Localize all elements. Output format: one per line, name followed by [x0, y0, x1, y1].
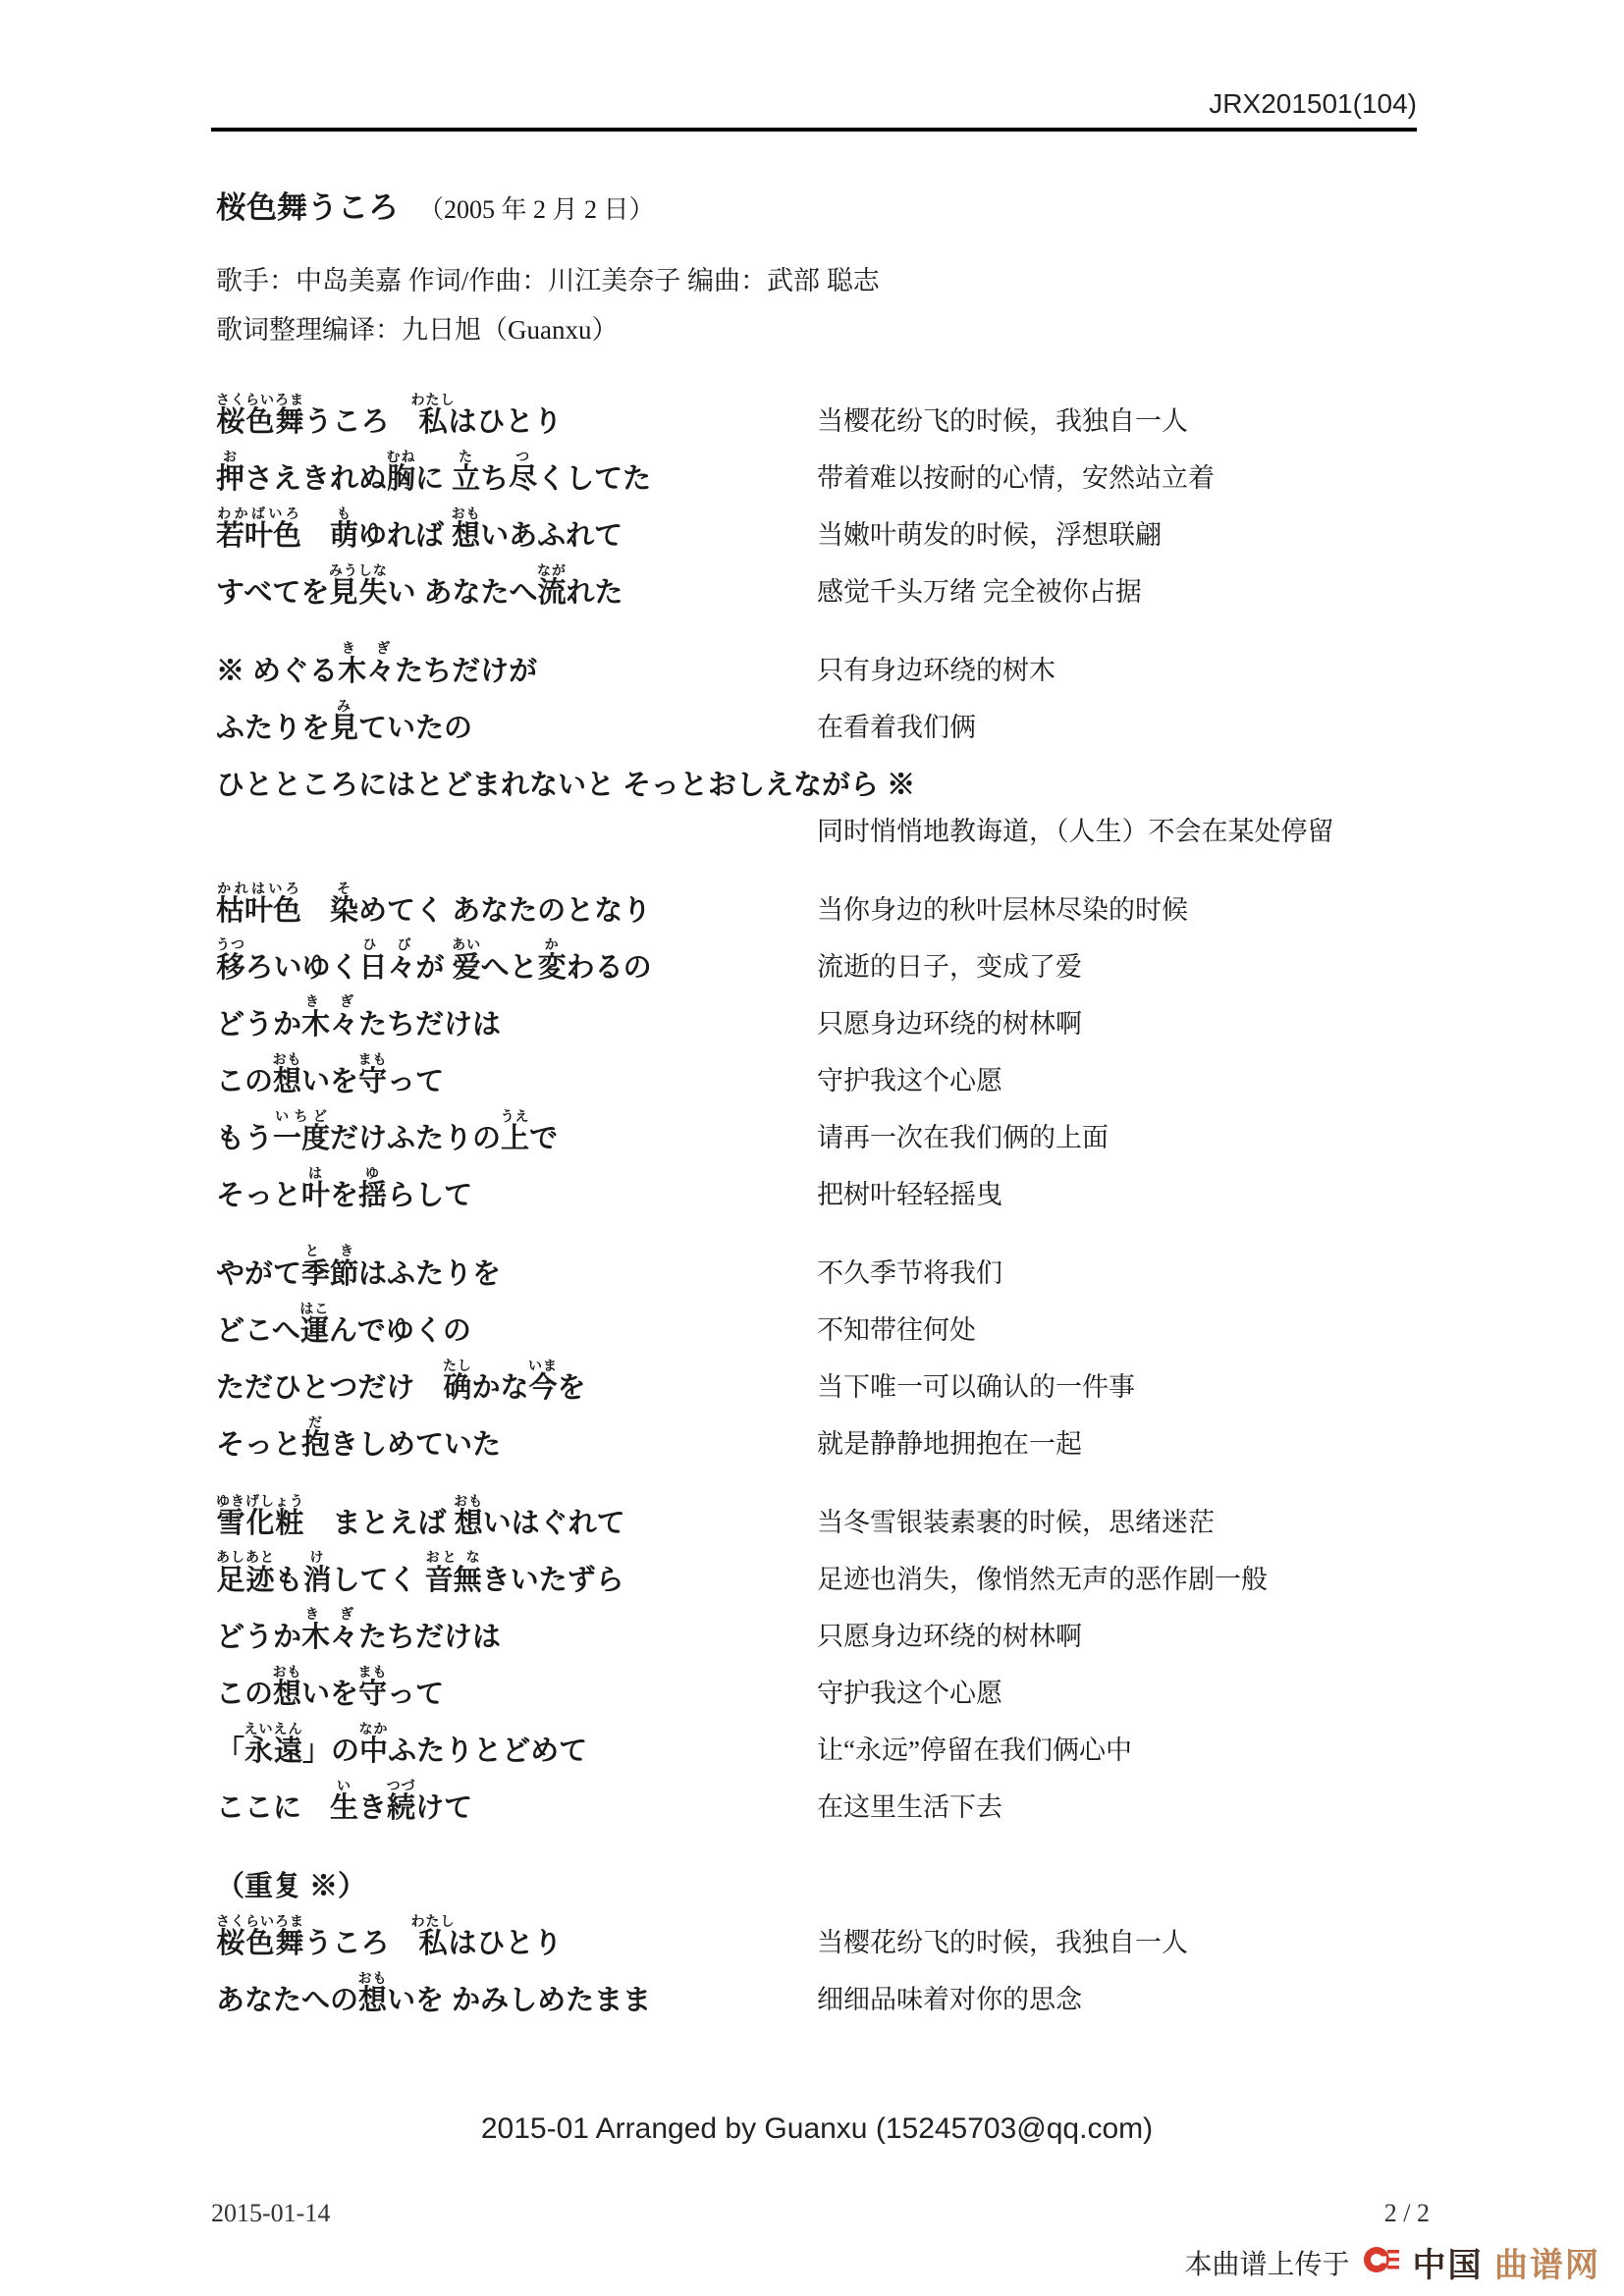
content: 桜色舞うころ（2005 年 2 月 2 日） 歌手：中岛美嘉 作词/作曲：川江美…: [216, 183, 1428, 2015]
title-row: 桜色舞うころ（2005 年 2 月 2 日）: [216, 183, 1428, 227]
chinese-translation: 守护我这个心愿: [817, 1679, 1002, 1709]
music-disc-icon: [1362, 2240, 1401, 2284]
lyric-line: 足迹あしあとも消けしてく 音無おと なきいたずら足迹也消失，像悄然无声的恶作剧一…: [216, 1538, 1428, 1595]
page-number: 2 / 2: [1384, 2199, 1430, 2228]
chinese-translation: 把树叶轻轻摇曳: [817, 1180, 1002, 1210]
japanese-lyric: 押おさえきれぬ胸むねに 立たち尽つくしてた: [216, 449, 817, 494]
chinese-translation: 只有身边环绕的树木: [817, 656, 1056, 686]
lyric-line: 枯叶色かれはいろ 染そめてく あなたのとなり当你身边的秋叶层林尽染的时候: [216, 869, 1428, 926]
chinese-translation: 不久季节将我们: [817, 1258, 1002, 1289]
arranged-by-note: 2015-01 Arranged by Guanxu (15245703@qq.…: [216, 2112, 1418, 2146]
chinese-translation: 不知带往何处: [817, 1315, 976, 1346]
lyric-line: あなたへの想おもいを かみしめたまま细细品味着对你的思念: [216, 1958, 1428, 2015]
chinese-translation: 当樱花纷飞的时候，我独自一人: [817, 406, 1188, 437]
chinese-translation: 带着难以按耐的心情，安然站立着: [817, 463, 1215, 494]
japanese-lyric: ※ めぐる木々き ぎたちだけが: [216, 640, 817, 686]
lyric-line: ※ めぐる木々き ぎたちだけが只有身边环绕的树木: [216, 629, 1428, 686]
lyric-line: 若叶色わかばいろ 萌もゆれば 想おもいあふれて当嫩叶萌发的时候，浮想联翩: [216, 494, 1428, 551]
japanese-lyric: 若叶色わかばいろ 萌もゆれば 想おもいあふれて: [216, 506, 817, 551]
japanese-lyric: どこへ運はこんでゆくの: [216, 1301, 817, 1346]
header-rule: [211, 128, 1417, 132]
japanese-lyric: この想おもいを守まもって: [216, 1051, 817, 1096]
site-logo-row: 本曲谱上传于 中国 曲谱网: [1185, 2238, 1600, 2286]
site-name-part1: 中国: [1413, 2247, 1484, 2284]
lyric-line: すべてを見失みうしない あなたへ流ながれた感觉千头万绪 完全被你占据: [216, 551, 1428, 608]
lyric-line: この想おもいを守まもって守护我这个心愿: [216, 1040, 1428, 1096]
credits-line-translator: 歌词整理编译：九日旭（Guanxu）: [216, 305, 1428, 354]
lyric-line: ただひとつだけ 确たしかな今いまを当下唯一可以确认的一件事: [216, 1346, 1428, 1403]
chinese-translation: 足迹也消失，像悄然无声的恶作剧一般: [817, 1565, 1268, 1595]
japanese-lyric: 雪化粧ゆきげしょう まとえば 想おもいはぐれて: [216, 1493, 817, 1538]
japanese-lyric: どうか木々き ぎたちだけは: [216, 1606, 817, 1652]
japanese-lyric: ふたりを見みていたの: [216, 698, 817, 743]
chinese-translation: 让“永远”停留在我们俩心中: [817, 1735, 1132, 1766]
lyric-line: どうか木々き ぎたちだけは只愿身边环绕的树林啊: [216, 983, 1428, 1040]
lyric-line: 同时悄悄地教诲道，（人生）不会在某处停留: [216, 800, 1428, 847]
lyric-line: やがて季節と きはふたりを不久季节将我们: [216, 1232, 1428, 1289]
lyric-line: この想おもいを守まもって守护我这个心愿: [216, 1652, 1428, 1709]
japanese-lyric: 桜色舞さくらいろまうころ 私わたしはひとり: [216, 392, 817, 437]
japanese-lyric: すべてを見失みうしない あなたへ流ながれた: [216, 562, 817, 608]
chinese-translation: 请再一次在我们俩的上面: [817, 1123, 1109, 1153]
lyric-line: そっと抱だきしめていた就是静静地拥抱在一起: [216, 1403, 1428, 1460]
lyric-line: もう一度いちどだけふたりの上うえで请再一次在我们俩的上面: [216, 1096, 1428, 1153]
chinese-translation: 当嫩叶萌发的时候，浮想联翩: [817, 520, 1162, 551]
credits: 歌手：中岛美嘉 作词/作曲：川江美奈子 编曲：武部 聪志 歌词整理编译：九日旭（…: [216, 256, 1428, 354]
japanese-lyric: （重复 ※）: [216, 1872, 817, 1901]
japanese-lyric: 枯叶色かれはいろ 染そめてく あなたのとなり: [216, 881, 817, 926]
lyrics-section: ※ めぐる木々き ぎたちだけが只有身边环绕的树木ふたりを見みていたの在看着我们俩…: [216, 629, 1428, 847]
chinese-translation: 当下唯一可以确认的一件事: [817, 1372, 1135, 1403]
upload-note: 本曲谱上传于: [1185, 2243, 1350, 2282]
japanese-lyric: ただひとつだけ 确たしかな今いまを: [216, 1358, 817, 1403]
japanese-lyric: ひとところにはとどまれないと そっとおしえながら ※: [216, 771, 817, 800]
lyrics-section: 雪化粧ゆきげしょう まとえば 想おもいはぐれて当冬雪银装素裹的时候，思绪迷茫足迹…: [216, 1481, 1428, 1823]
lyric-line: そっと叶はを揺ゆらして把树叶轻轻摇曳: [216, 1153, 1428, 1210]
chinese-translation: 只愿身边环绕的树林啊: [817, 1622, 1082, 1652]
chinese-translation: 当冬雪银装素裹的时候，思绪迷茫: [817, 1508, 1215, 1538]
japanese-lyric: どうか木々き ぎたちだけは: [216, 993, 817, 1040]
lyric-line: 桜色舞さくらいろまうころ 私わたしはひとり当樱花纷飞的时候，我独自一人: [216, 380, 1428, 437]
japanese-lyric: そっと抱だきしめていた: [216, 1415, 817, 1460]
lyric-line: 雪化粧ゆきげしょう まとえば 想おもいはぐれて当冬雪银装素裹的时候，思绪迷茫: [216, 1481, 1428, 1538]
japanese-lyric: あなたへの想おもいを かみしめたまま: [216, 1970, 817, 2015]
lyric-line: （重复 ※）: [216, 1844, 1428, 1901]
lyrics-section: 桜色舞さくらいろまうころ 私わたしはひとり当樱花纷飞的时候，我独自一人押おさえき…: [216, 380, 1428, 608]
lyrics: 桜色舞さくらいろまうころ 私わたしはひとり当樱花纷飞的时候，我独自一人押おさえき…: [216, 380, 1428, 2015]
lyric-line: 桜色舞さくらいろまうころ 私わたしはひとり当樱花纷飞的时候，我独自一人: [216, 1901, 1428, 1958]
credits-line-artists: 歌手：中岛美嘉 作词/作曲：川江美奈子 编曲：武部 聪志: [216, 256, 1428, 305]
japanese-lyric: そっと叶はを揺ゆらして: [216, 1165, 817, 1210]
page-footer: 2015-01-14 2 / 2: [211, 2199, 1430, 2228]
song-title: 桜色舞うころ: [216, 190, 399, 225]
lyrics-section: 枯叶色かれはいろ 染そめてく あなたのとなり当你身边的秋叶层林尽染的时候移うつろ…: [216, 869, 1428, 1210]
japanese-lyric: もう一度いちどだけふたりの上うえで: [216, 1108, 817, 1153]
chinese-translation: 当你身边的秋叶层林尽染的时候: [817, 895, 1188, 926]
chinese-translation: 在这里生活下去: [817, 1792, 1002, 1823]
chinese-translation: 只愿身边环绕的树林啊: [817, 1009, 1082, 1040]
japanese-lyric: この想おもいを守まもって: [216, 1664, 817, 1709]
lyric-line: ここに 生いき続つづけて在这里生活下去: [216, 1766, 1428, 1823]
japanese-lyric: 桜色舞さくらいろまうころ 私わたしはひとり: [216, 1913, 817, 1958]
lyric-line: どこへ運はこんでゆくの不知带往何处: [216, 1289, 1428, 1346]
lyrics-sheet-page: JRX201501(104) 桜色舞うころ（2005 年 2 月 2 日） 歌手…: [0, 0, 1624, 2296]
chinese-translation: 同时悄悄地教诲道，（人生）不会在某处停留: [817, 817, 1334, 847]
lyric-line: 移うつろいゆく日々ひ びが 爱あいへと変かわるの流逝的日子，变成了爱: [216, 926, 1428, 983]
lyric-line: ふたりを見みていたの在看着我们俩: [216, 686, 1428, 743]
japanese-lyric: 移うつろいゆく日々ひ びが 爱あいへと変かわるの: [216, 936, 817, 983]
japanese-lyric: 足迹あしあとも消けしてく 音無おと なきいたずら: [216, 1549, 817, 1595]
lyrics-section: （重复 ※）桜色舞さくらいろまうころ 私わたしはひとり当樱花纷飞的时候，我独自一…: [216, 1844, 1428, 2015]
japanese-lyric: 「永遠えいえん」の中なかふたりとどめて: [216, 1721, 817, 1766]
lyric-line: 「永遠えいえん」の中なかふたりとどめて让“永远”停留在我们俩心中: [216, 1709, 1428, 1766]
site-name: 中国 曲谱网: [1413, 2238, 1600, 2286]
japanese-lyric: ここに 生いき続つづけて: [216, 1778, 817, 1823]
lyric-line: 押おさえきれぬ胸むねに 立たち尽つくしてた带着难以按耐的心情，安然站立着: [216, 437, 1428, 494]
site-name-part2: 曲谱网: [1494, 2247, 1600, 2284]
doc-code: JRX201501(104): [211, 88, 1417, 120]
chinese-translation: 在看着我们俩: [817, 713, 976, 743]
lyric-line: どうか木々き ぎたちだけは只愿身边环绕的树林啊: [216, 1595, 1428, 1652]
footer-date: 2015-01-14: [211, 2199, 330, 2228]
chinese-translation: 就是静静地拥抱在一起: [817, 1429, 1082, 1460]
lyrics-section: やがて季節と きはふたりを不久季节将我们どこへ運はこんでゆくの不知带往何处ただひ…: [216, 1232, 1428, 1460]
chinese-translation: 守护我这个心愿: [817, 1066, 1002, 1096]
japanese-lyric: やがて季節と きはふたりを: [216, 1243, 817, 1289]
chinese-translation: 感觉千头万绪 完全被你占据: [817, 577, 1142, 608]
chinese-translation: 流逝的日子，变成了爱: [817, 952, 1082, 983]
song-date: （2005 年 2 月 2 日）: [418, 195, 655, 224]
chinese-translation: 当樱花纷飞的时候，我独自一人: [817, 1928, 1188, 1958]
chinese-translation: 细细品味着对你的思念: [817, 1985, 1082, 2015]
lyric-line: ひとところにはとどまれないと そっとおしえながら ※: [216, 743, 1428, 800]
